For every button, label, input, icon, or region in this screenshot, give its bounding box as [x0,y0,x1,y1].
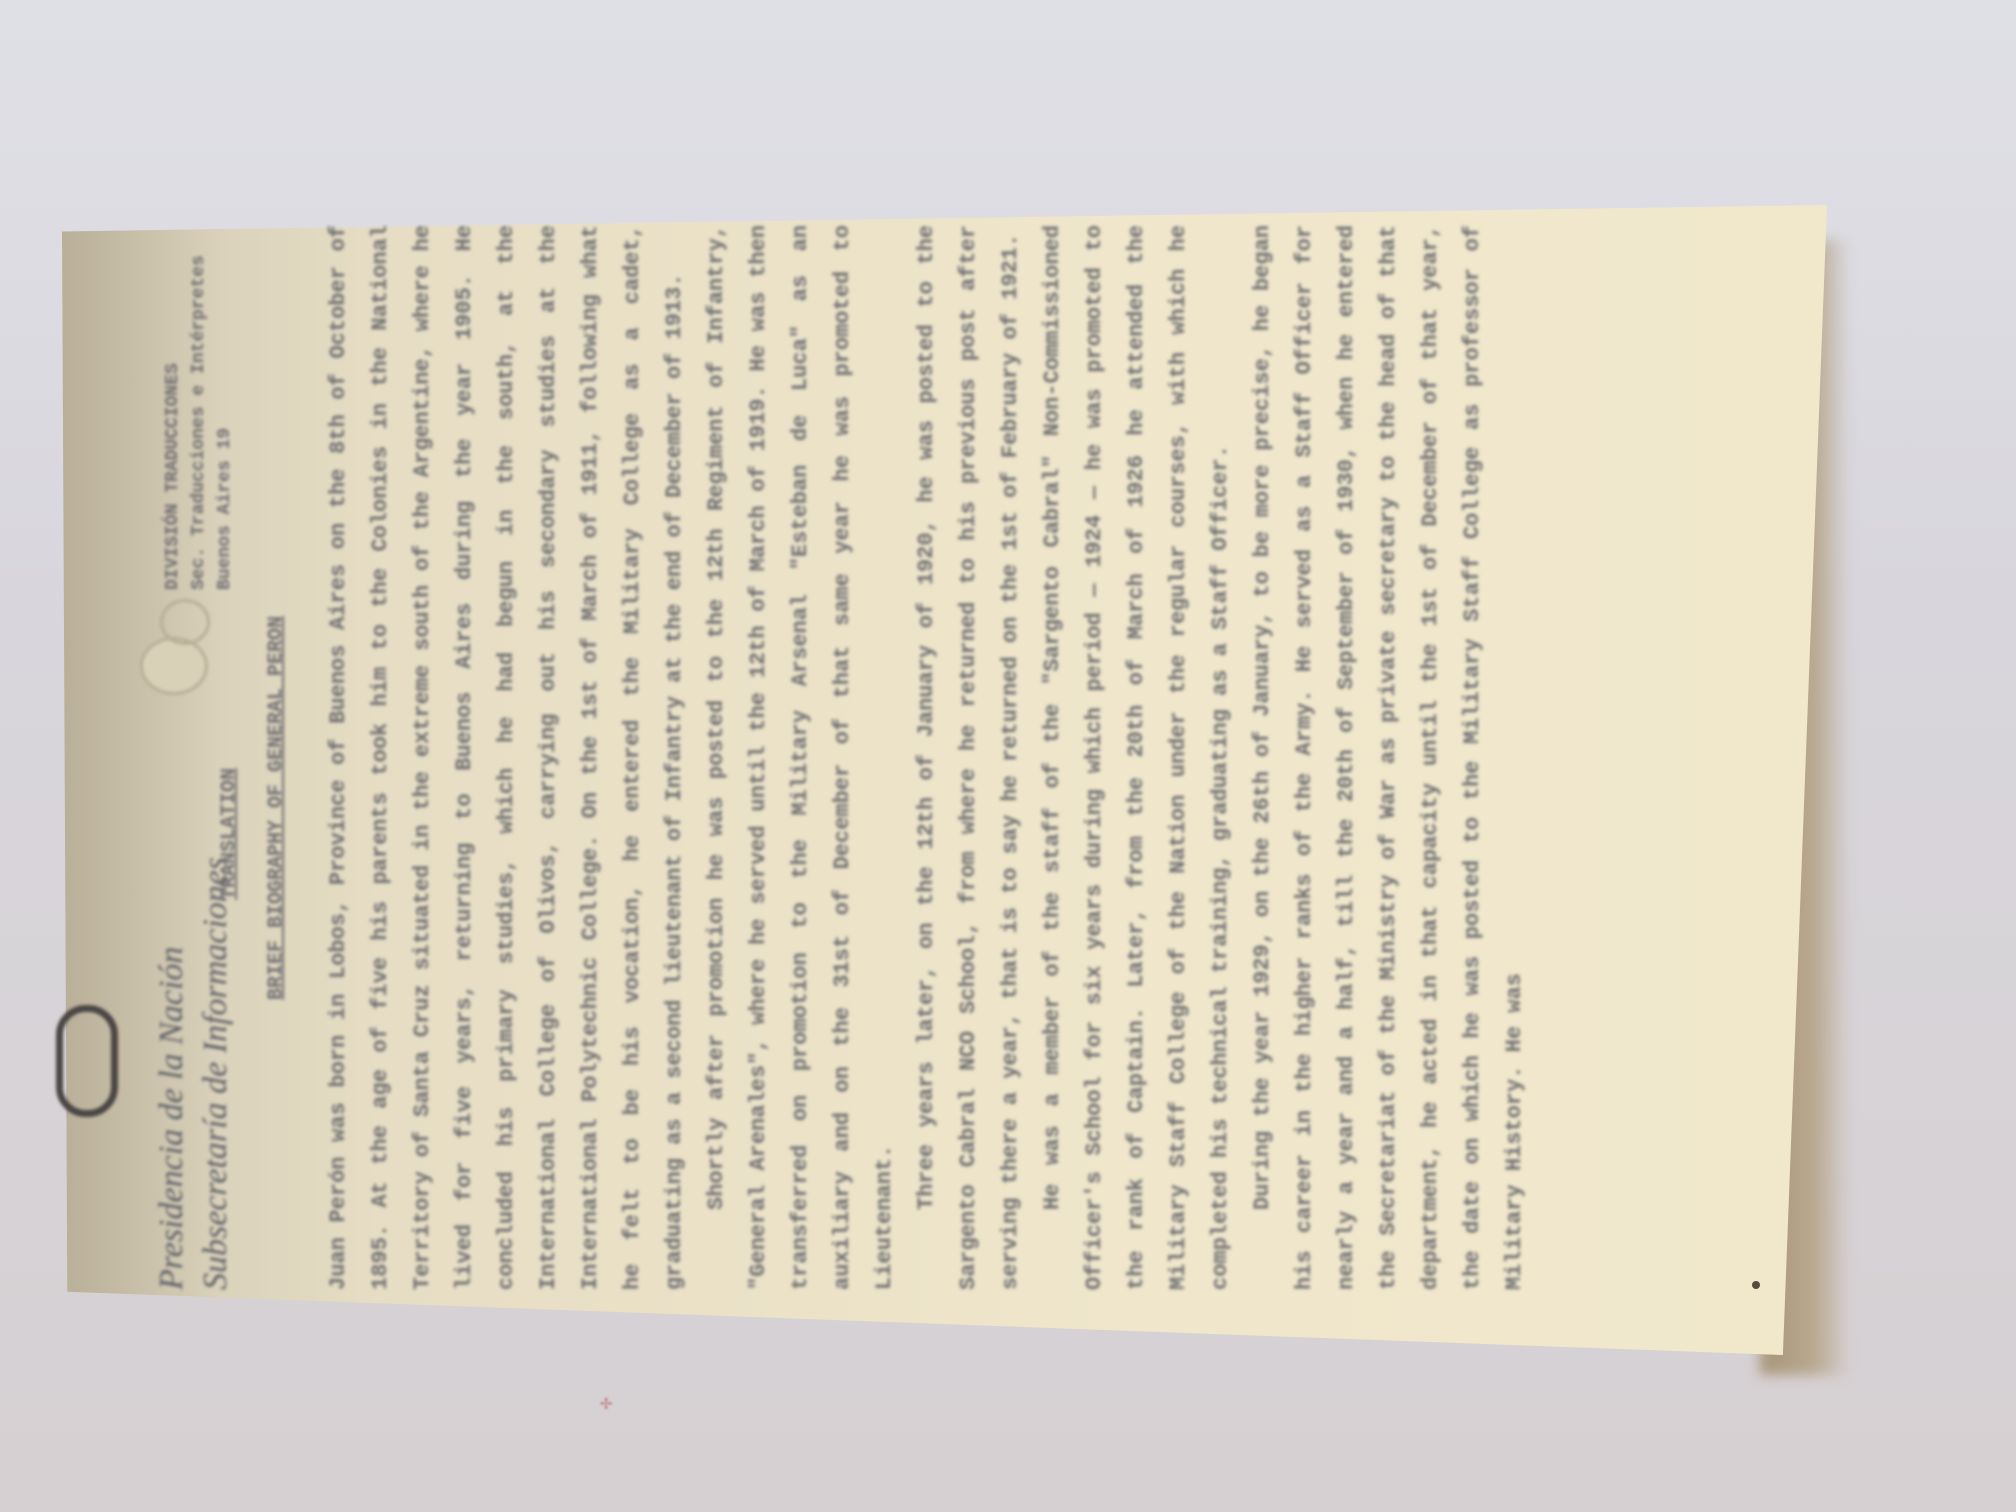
paper-clip-icon [56,1005,118,1117]
document-title: BRIEF BIOGRAPHY OF GENERAL PERON [265,616,288,1000]
paragraph: During the year 1929, on the 26th of Jan… [1242,225,1536,1290]
seal-icon [140,637,208,695]
document-body: Juan Perón was born in Lobos, Province o… [318,225,1536,1290]
translation-label: TRANSLATION [218,768,241,900]
paragraph: He was a member of the staff of the "Sar… [1032,225,1242,1290]
letterhead-line-2: Subsecretaría de Informaciones [194,857,238,1290]
paragraph: Three years later, on the 12th of Januar… [906,225,1032,1290]
letterhead: Presidencia de la Nación Subsecretaría d… [150,857,238,1290]
seal-stamp-icon [160,599,210,645]
reference-block: DIVISIÓN TRADUCCIONES Sec. Traducciones … [160,255,238,590]
reference-line-1: DIVISIÓN TRADUCCIONES [160,255,186,590]
table-mark-icon: ✢ [600,1390,620,1410]
reference-line-3: Buenos Aires 19 [212,255,238,590]
ink-dot [1752,1281,1760,1289]
paragraph: Juan Perón was born in Lobos, Province o… [318,225,696,1290]
document-content: Presidencia de la Nación Subsecretaría d… [150,230,1710,1290]
reference-line-2: Sec. Traducciones e Intérpretes [186,255,212,590]
paragraph: Shortly after promotion he was posted to… [696,225,906,1290]
letterhead-line-1: Presidencia de la Nación [150,857,194,1290]
